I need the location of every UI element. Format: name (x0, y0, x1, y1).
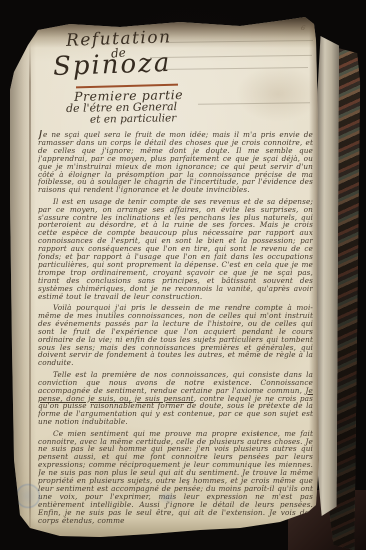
manuscript-paragraph-5: Ce mien sentiment qui me prouve ma propr… (38, 430, 313, 525)
folio-mark: 6 (300, 24, 306, 33)
manuscript-paragraph-3: Voilà pourquoi j'ai pris le dessein de m… (38, 304, 313, 367)
ink-smudge-stamp (158, 491, 176, 504)
manuscript-paragraph-1: Je ne sçai quel sera le fruit de mon idé… (38, 130, 313, 194)
manuscript-content: Refutation de Spinoza Premiere partie de… (8, 14, 324, 546)
manuscript-paragraph-2: Il est en usage de tenir compte de ses r… (38, 198, 313, 301)
title-spinoza: Spinoza (53, 48, 172, 82)
paragraph-4-pre: Telle est la première de nos connoissanc… (38, 370, 313, 395)
body-text: Je ne sçai quel sera le fruit de mon idé… (38, 130, 313, 526)
library-stamp (16, 484, 40, 508)
heading-en-particulier: et en particulier (90, 112, 176, 126)
manuscript-page: Refutation de Spinoza Premiere partie de… (8, 14, 324, 546)
manuscript-paragraph-4: Telle est la première de nos connoissanc… (38, 371, 313, 426)
